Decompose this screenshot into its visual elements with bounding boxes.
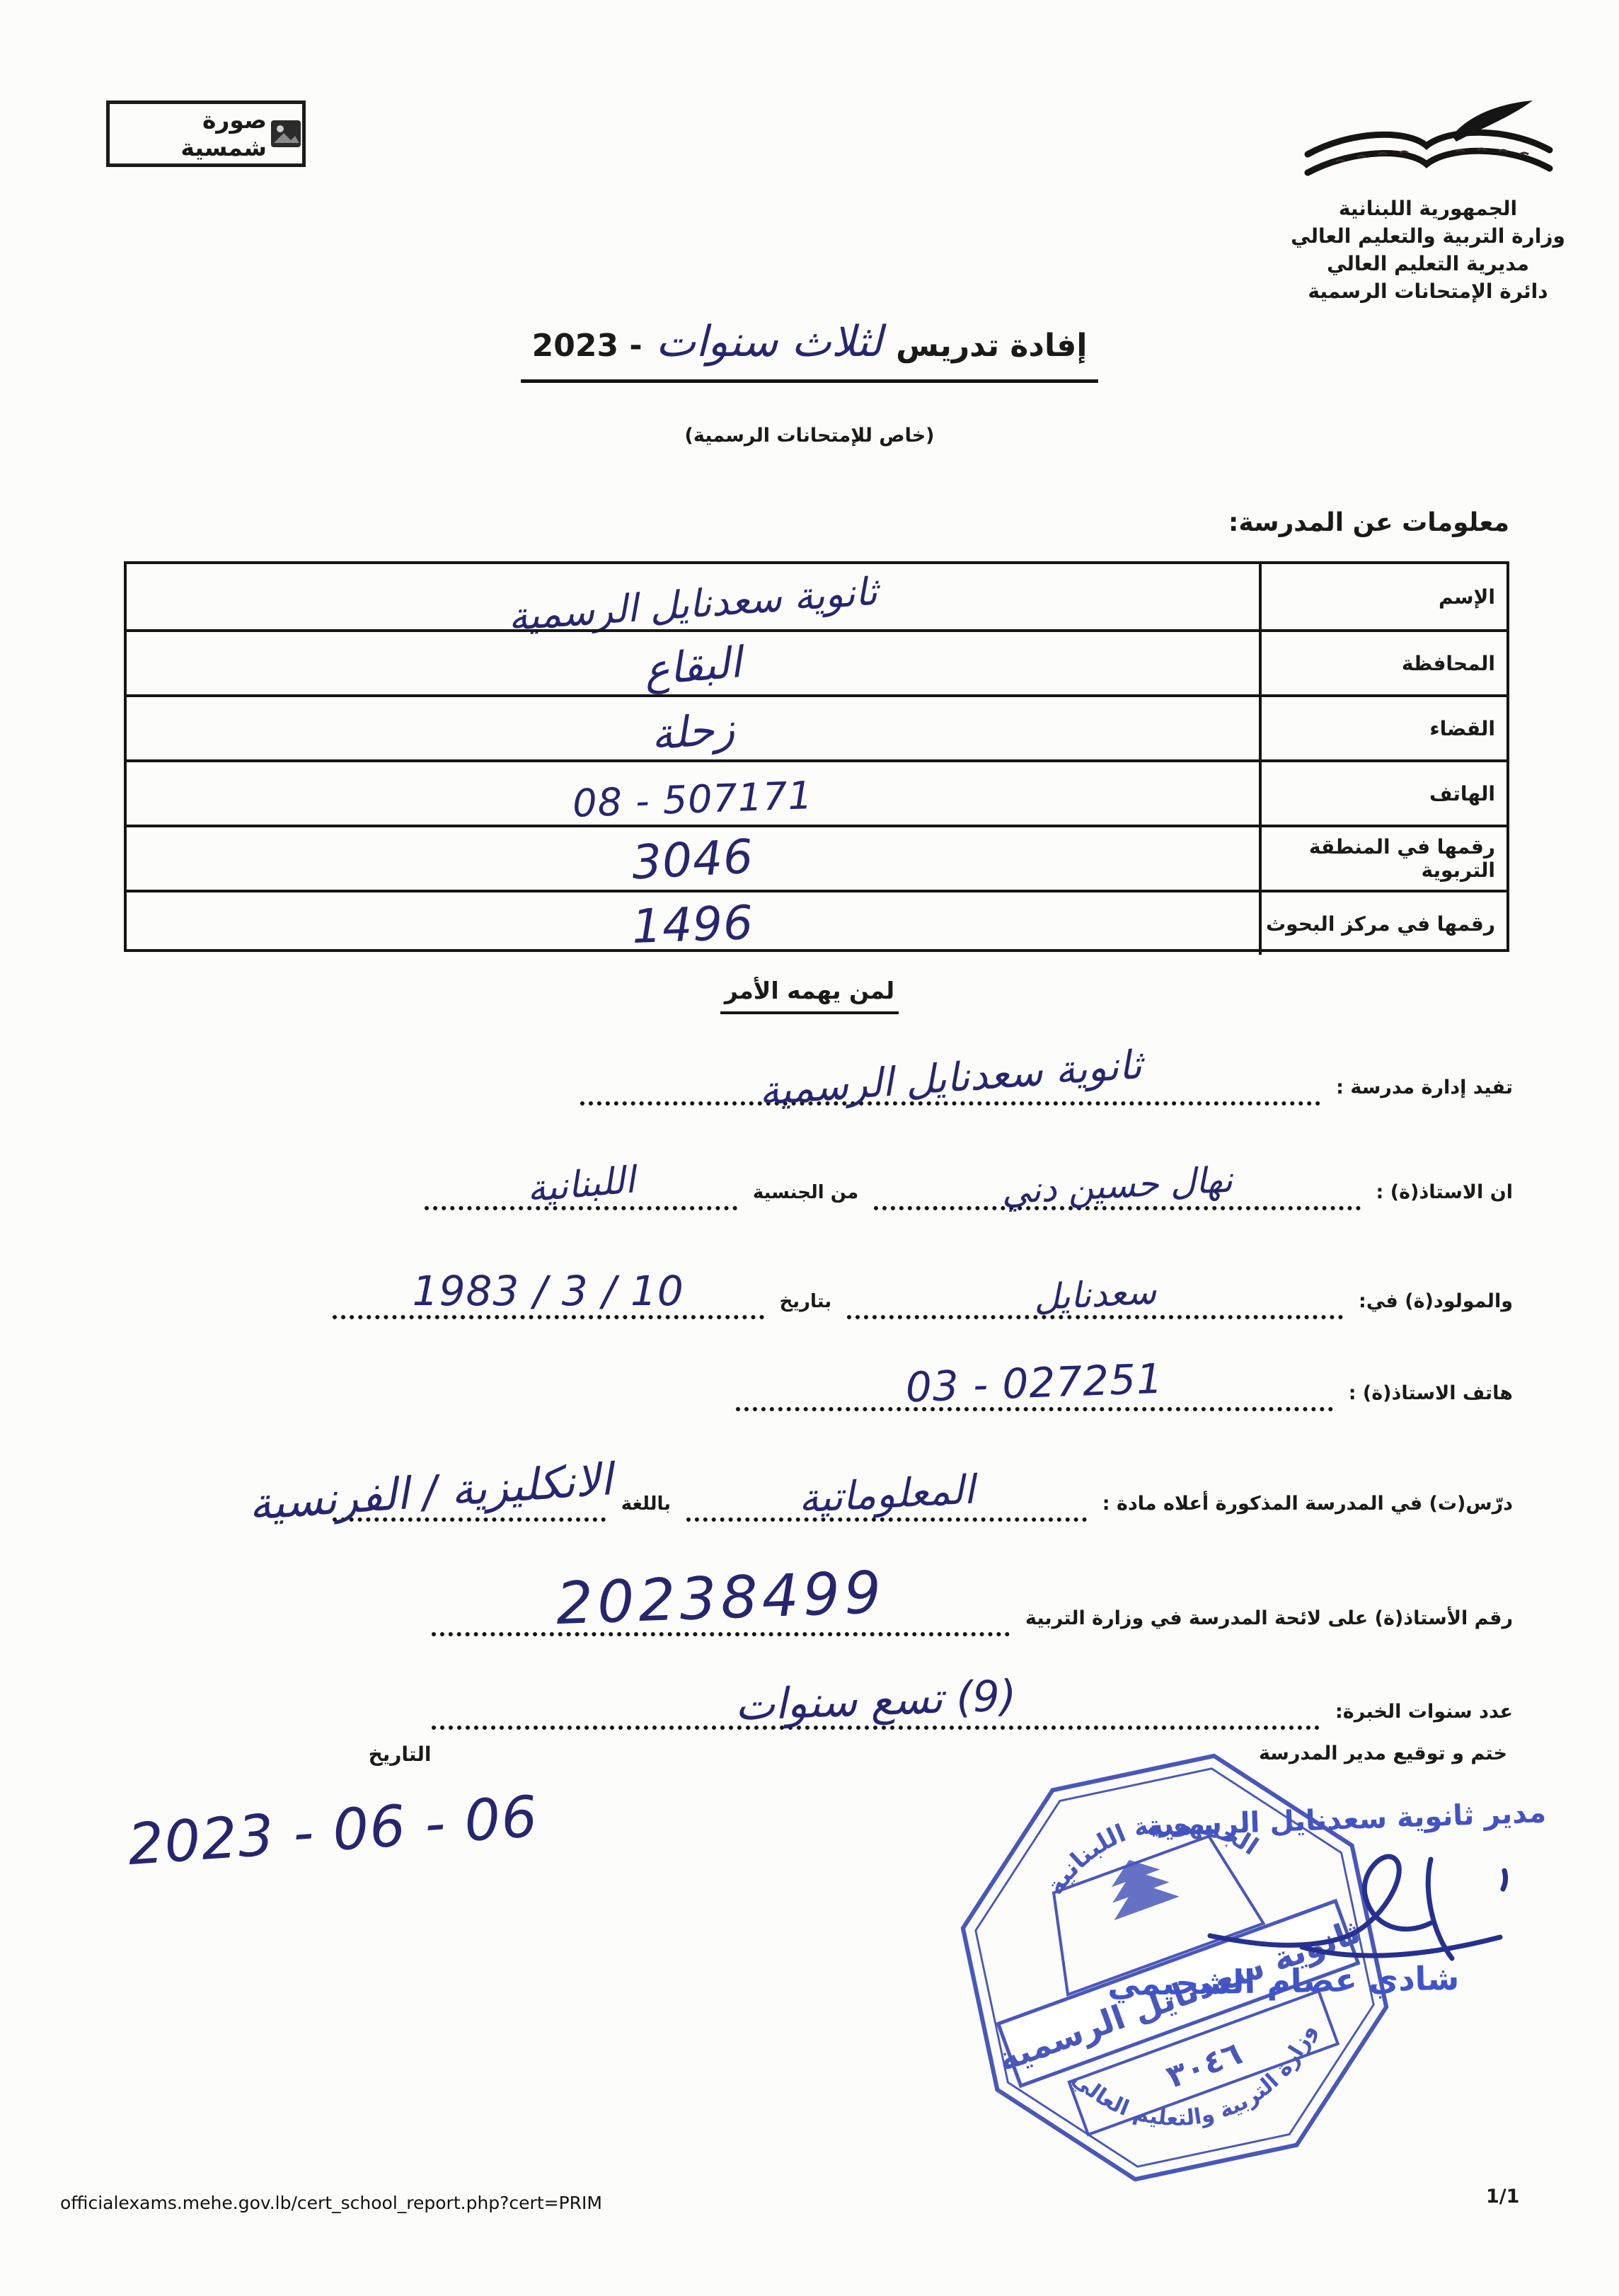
ministry-logo-icon	[1294, 99, 1562, 195]
dotted-line: ثانوية سعدنايل الرسمية	[580, 1015, 1320, 1106]
footer-url: officialexams.mehe.gov.lb/cert_school_re…	[60, 2193, 602, 2213]
handwritten-language: الانكليزية / الفرنسية	[247, 1453, 613, 1530]
photo-box: صورة شمسية	[106, 101, 306, 167]
document-subtitle: (خاص للإمتحانات الرسمية)	[0, 425, 1619, 447]
dotted-line: الانكليزية / الفرنسية	[333, 1431, 606, 1522]
handwritten-birthplace: سعدنايل	[846, 1261, 1344, 1328]
title-year: - 2023	[532, 328, 643, 364]
handwritten-school-name: ثانوية سعدنايل الرسمية	[580, 1030, 1321, 1127]
dotted-line: نهال حسين دني	[874, 1120, 1360, 1210]
language-label: باللغة	[621, 1493, 671, 1522]
director-name: شادي عصام الشحيمي	[1107, 1959, 1460, 2004]
document-title: إفادة تدريس لثلاث سنوات - 2023	[0, 317, 1619, 383]
row-research-number-label: رقمها في مركز البحوث	[1259, 890, 1506, 955]
field-label: تفيد إدارة مدرسة :	[1336, 1077, 1513, 1106]
row-region-number-value: 3046	[127, 825, 1259, 890]
gov-line-directorate: مديرية التعليم العالي	[1272, 250, 1584, 277]
handwritten-nationality: اللبنانية	[423, 1150, 738, 1219]
row-phone-label: الهاتف	[1259, 759, 1506, 825]
field-label: والمولود(ة) في:	[1359, 1290, 1513, 1319]
field-subject: درّس(ت) في المدرسة المذكورة أعلاه مادة :…	[333, 1435, 1513, 1522]
row-region-number-label: رقمها في المنطقة التربوية	[1259, 825, 1506, 890]
handwritten-subject: المعلوماتية	[686, 1461, 1088, 1528]
dotted-line: سعدنايل	[847, 1229, 1343, 1319]
handwritten-birthdate: 1983 / 3 / 10	[333, 1267, 764, 1315]
nationality-label: من الجنسية	[753, 1182, 858, 1210]
dotted-line: المعلوماتية	[686, 1431, 1087, 1522]
field-teacher-phone: هاتف الاستاذ(ة) : 03 - 027251	[736, 1325, 1513, 1411]
dotted-line: 03 - 027251	[736, 1321, 1333, 1411]
school-info-heading: معلومات عن المدرسة:	[1228, 508, 1509, 537]
scanned-certificate-page: صورة شمسية الجمهورية اللبنانية وزارة الت…	[0, 0, 1619, 2296]
field-experience-years: عدد سنوات الخبرة: (9) تسع سنوات	[432, 1643, 1513, 1730]
field-label: رقم الأستاذ(ة) على لائحة المدرسة في وزار…	[1025, 1607, 1513, 1636]
title-printed: إفادة تدريس	[896, 328, 1087, 364]
row-research-number-value: 1496	[127, 890, 1259, 955]
dotted-line: (9) تسع سنوات	[432, 1639, 1320, 1730]
dotted-line: اللبنانية	[425, 1120, 737, 1210]
row-name-label: الإسم	[1259, 564, 1506, 629]
row-district-value: زحلة	[127, 694, 1259, 759]
handwritten-teacher-name: نهال حسين دني	[873, 1152, 1361, 1219]
school-info-table: الإسم ثانوية سعدنايل الرسمية المحافظة ال…	[124, 561, 1509, 952]
dotted-line: 1983 / 3 / 10	[333, 1229, 764, 1319]
gov-line-department: دائرة الإمتحانات الرسمية	[1272, 277, 1584, 305]
birthdate-label: بتاريخ	[780, 1291, 832, 1319]
title-handwritten: لثلاث سنوات	[656, 317, 882, 367]
field-label: هاتف الاستاذ(ة) :	[1349, 1382, 1513, 1411]
page-number: 1/1	[1486, 2186, 1519, 2208]
photo-icon	[270, 119, 302, 149]
handwritten-date: 2023 - 06 - 06	[125, 1784, 540, 1878]
gov-line-ministry: وزارة التربية والتعليم العالي	[1272, 222, 1584, 250]
to-whom-heading: لمن يهمه الأمر	[0, 977, 1619, 1014]
photo-box-label: صورة شمسية	[110, 106, 267, 161]
dotted-line: 20238499	[432, 1546, 1010, 1636]
handwritten-registry-number: 20238499	[431, 1555, 1011, 1642]
gov-line-republic: الجمهورية اللبنانية	[1272, 195, 1584, 222]
handwritten-teacher-phone: 03 - 027251	[735, 1348, 1334, 1417]
field-label: ان الاستاذ(ة) :	[1376, 1181, 1513, 1210]
row-governorate-label: المحافظة	[1259, 629, 1506, 694]
field-school-administration: تفيد إدارة مدرسة : ثانوية سعدنايل الرسمي…	[580, 1019, 1513, 1106]
gov-header: الجمهورية اللبنانية وزارة التربية والتعل…	[1272, 99, 1584, 305]
field-label: درّس(ت) في المدرسة المذكورة أعلاه مادة :	[1102, 1493, 1513, 1522]
field-registry-number: رقم الأستاذ(ة) على لائحة المدرسة في وزار…	[432, 1550, 1513, 1636]
field-teacher-name: ان الاستاذ(ة) : نهال حسين دني من الجنسية…	[425, 1124, 1513, 1210]
field-birth: والمولود(ة) في: سعدنايل بتاريخ 1983 / 3 …	[333, 1233, 1513, 1319]
date-label: التاريخ	[308, 1743, 492, 1766]
row-district-label: القضاء	[1259, 694, 1506, 759]
